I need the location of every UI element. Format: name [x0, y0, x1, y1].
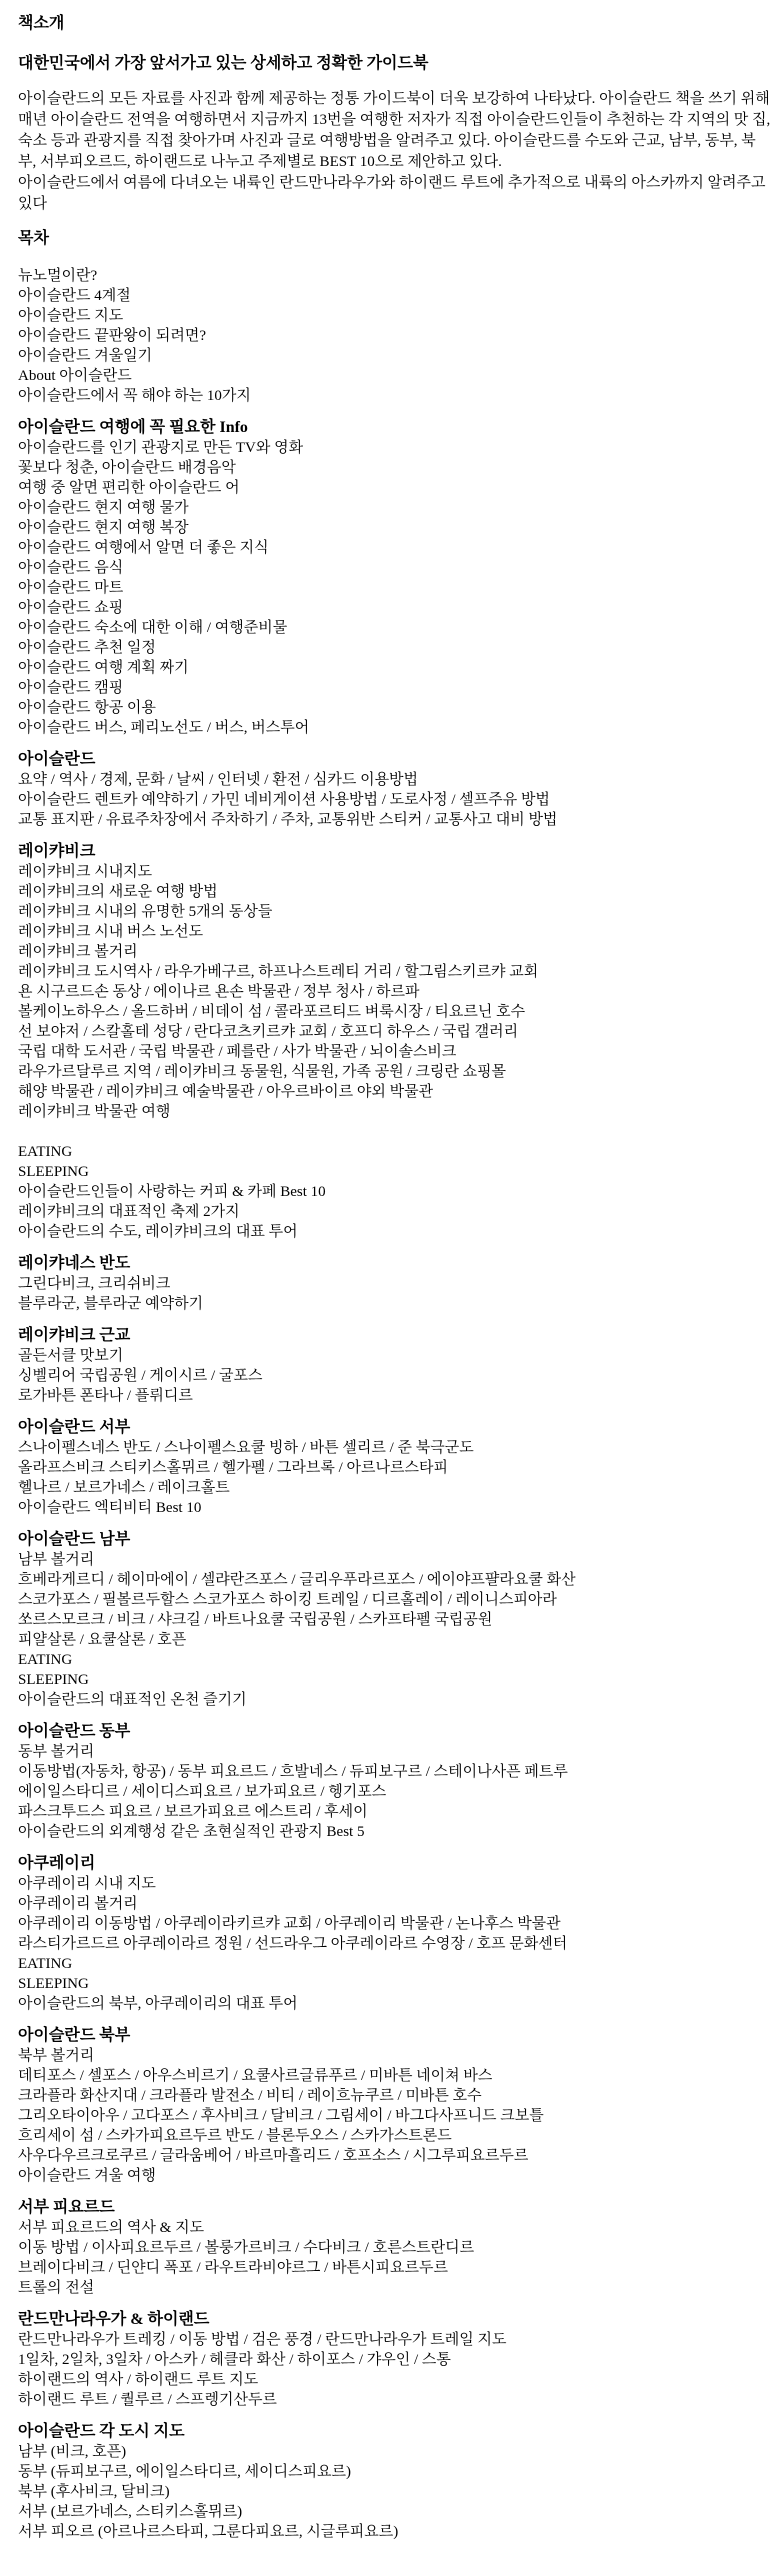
toc-section: 아이슬란드 서부스나이펠스네스 반도 / 스나이펠스요쿨 빙하 / 바튼 셀리르… [18, 1418, 772, 1518]
toc-item: 아이슬란드 음식 [18, 558, 772, 578]
toc-item: 하이랜드의 역사 / 하이랜드 루트 지도 [18, 2370, 772, 2390]
toc-item: 아이슬란드의 외계행성 같은 초현실적인 관광지 Best 5 [18, 1822, 772, 1842]
toc-item: 북부 (후사비크, 달비크) [18, 2482, 772, 2502]
toc-section-title: 서부 피요르드 [18, 2198, 772, 2218]
toc-item: 아이슬란드 버스, 페리노선도 / 버스, 버스투어 [18, 718, 772, 738]
toc-heading: 목차 [18, 229, 772, 249]
toc-section-title: 아이슬란드 여행에 꼭 필요한 Info [18, 418, 772, 438]
toc-item: 아이슬란드를 인기 관광지로 만든 TV와 영화 [18, 438, 772, 458]
toc-item: 레이캬비크 시내지도 [18, 862, 772, 882]
toc-section: 레이캬비크레이캬비크 시내지도레이캬비크의 새로운 여행 방법레이캬비크 시내의… [18, 842, 772, 1242]
toc-item: 아이슬란드 쇼핑 [18, 598, 772, 618]
toc-sections: 뉴노멀이란?아이슬란드 4계절아이슬란드 지도아이슬란드 끝판왕이 되려면?아이… [18, 266, 772, 2542]
toc-item: 북부 볼거리 [18, 2046, 772, 2066]
toc-section: 아이슬란드 각 도시 지도남부 (비크, 호픈)동부 (듀피보구르, 에이일스타… [18, 2422, 772, 2542]
toc-item: 흐베라게르디 / 헤이마에이 / 셀랴란즈포스 / 글리우푸라르포스 / 에이야… [18, 1570, 772, 1590]
toc-item: 라스티가르드르 아쿠레이라르 정원 / 선드라우그 아쿠레이라르 수영장 / 호… [18, 1934, 772, 1954]
toc-item: 아이슬란드 겨울일기 [18, 346, 772, 366]
toc-item: 데티포스 / 셀포스 / 아우스비르기 / 요쿨사르글류푸르 / 미바튼 네이쳐… [18, 2066, 772, 2086]
toc-item: 아쿠레이리 시내 지도 [18, 1874, 772, 1894]
toc-item: 서부 피오르 (아르나르스타피, 그룬다피요르, 시글루피요르) [18, 2522, 772, 2542]
toc-item: 서부 (보르가네스, 스티키스홀뮈르) [18, 2502, 772, 2522]
toc-section-title: 아이슬란드 [18, 750, 772, 770]
toc-item: 선 보야저 / 스칼홀테 성당 / 란다코츠키르캬 교회 / 호프디 하우스 /… [18, 1022, 772, 1042]
toc-item: 레이캬비크 박물관 여행 [18, 1102, 772, 1122]
toc-item: 피얄살론 / 요쿨살론 / 호픈 [18, 1630, 772, 1650]
book-detail-page: 책소개 대한민국에서 가장 앞서가고 있는 상세하고 정확한 가이드북 아이슬란… [0, 0, 780, 2566]
toc-item: 쏘르스모르크 / 비크 / 샤크길 / 바트나요쿨 국립공원 / 스카프타펠 국… [18, 1610, 772, 1630]
toc-section-title: 아쿠레이리 [18, 1854, 772, 1874]
toc-item: 에이일스타디르 / 세이디스피요르 / 보가피요르 / 헹기포스 [18, 1782, 772, 1802]
toc-item: 아이슬란드인들이 사랑하는 커피 & 카페 Best 10 [18, 1182, 772, 1202]
toc-item: 그린다비크, 크리쉬비크 [18, 1274, 772, 1294]
toc-section: 서부 피요르드서부 피요르드의 역사 & 지도이동 방법 / 이사피요르두르 /… [18, 2198, 772, 2298]
toc-item: 요약 / 역사 / 경제, 문화 / 날씨 / 인터넷 / 환전 / 심카드 이… [18, 770, 772, 790]
toc-item: 동부 볼거리 [18, 1742, 772, 1762]
toc-item: 아이슬란드의 북부, 아쿠레이리의 대표 투어 [18, 1994, 772, 2014]
toc-item: 아이슬란드의 대표적인 온천 즐기기 [18, 1690, 772, 1710]
toc-item: 아이슬란드 현지 여행 복장 [18, 518, 772, 538]
toc-item: 파스크투드스 피요르 / 보르가피요르 에스트리 / 후세이 [18, 1802, 772, 1822]
toc-item: 아이슬란드 숙소에 대한 이해 / 여행준비물 [18, 618, 772, 638]
toc-item: 스나이펠스네스 반도 / 스나이펠스요쿨 빙하 / 바튼 셀리르 / 준 북극군… [18, 1438, 772, 1458]
toc-section: 아쿠레이리아쿠레이리 시내 지도아쿠레이리 볼거리아쿠레이리 이동방법 / 아쿠… [18, 1854, 772, 2014]
toc-item: 레이캬비크 시내 버스 노선도 [18, 922, 772, 942]
toc-item: 헬나르 / 보르가네스 / 레이크홀트 [18, 1478, 772, 1498]
toc-item: 아이슬란드 여행에서 알면 더 좋은 지식 [18, 538, 772, 558]
toc-item: 이동방법(자동차, 항공) / 동부 피요르드 / 흐발네스 / 듀피보구르 /… [18, 1762, 772, 1782]
toc-item: About 아이슬란드 [18, 366, 772, 386]
toc-item: 레이캬비크의 대표적인 축제 2가지 [18, 1202, 772, 1222]
toc-item: 레이캬비크 볼거리 [18, 942, 772, 962]
toc-item: 아이슬란드 4계절 [18, 286, 772, 306]
toc-item: 아이슬란드 렌트카 예약하기 / 가민 네비게이션 사용방법 / 도로사정 / … [18, 790, 772, 810]
toc-item: 트롤의 전설 [18, 2278, 772, 2298]
toc-item: 남부 (비크, 호픈) [18, 2442, 772, 2462]
toc-item: 아쿠레이리 이동방법 / 아쿠레이라키르캬 교회 / 아쿠레이리 박물관 / 논… [18, 1914, 772, 1934]
toc-item: 욘 시구르드손 동상 / 에이나르 욘손 박물관 / 정부 청사 / 하르파 [18, 982, 772, 1002]
toc-item: 여행 중 알면 편리한 아이슬란드 어 [18, 478, 772, 498]
toc-section-title: 레이캬네스 반도 [18, 1254, 772, 1274]
toc-item: 동부 (듀피보구르, 에이일스타디르, 세이디스피요르) [18, 2462, 772, 2482]
toc-section: 레이캬비크 근교골든서클 맛보기싱벨리어 국립공원 / 게이시르 / 굴포스로가… [18, 1326, 772, 1406]
toc-item: 아이슬란드의 수도, 레이캬비크의 대표 투어 [18, 1222, 772, 1242]
toc-item: 크라플라 화산지대 / 크라플라 발전소 / 비티 / 레이흐뉴쿠르 / 미바튼… [18, 2086, 772, 2106]
toc-item: 아이슬란드 캠핑 [18, 678, 772, 698]
toc-section-title: 아이슬란드 각 도시 지도 [18, 2422, 772, 2442]
toc-item: 란드만나라우가 트레킹 / 이동 방법 / 검은 풍경 / 란드만나라우가 트레… [18, 2330, 772, 2350]
toc-item: EATING [18, 1650, 772, 1670]
toc-blank-line [18, 1122, 772, 1142]
toc-section: 아이슬란드 여행에 꼭 필요한 Info아이슬란드를 인기 관광지로 만든 TV… [18, 418, 772, 738]
toc-item: SLEEPING [18, 1670, 772, 1690]
toc-item: 뉴노멀이란? [18, 266, 772, 286]
toc-item: 아이슬란드 추천 일정 [18, 638, 772, 658]
toc-item: 국립 대학 도서관 / 국립 박물관 / 페를란 / 사가 박물관 / 뇌이솔스… [18, 1042, 772, 1062]
toc-item: 아이슬란드 여행 계획 짜기 [18, 658, 772, 678]
toc-item: 남부 볼거리 [18, 1550, 772, 1570]
toc-item: 라우가르달루르 지역 / 레이캬비크 동물원, 식물원, 가족 공원 / 크링란… [18, 1062, 772, 1082]
toc-item: 레이캬비크 도시역사 / 라우가베구르, 하프나스트레티 거리 / 할그림스키르… [18, 962, 772, 982]
toc-item: 올라프스비크 스티키스홀뮈르 / 헬가펠 / 그라브록 / 아르나르스타피 [18, 1458, 772, 1478]
toc-item: 레이캬비크의 새로운 여행 방법 [18, 882, 772, 902]
toc-section: 아이슬란드요약 / 역사 / 경제, 문화 / 날씨 / 인터넷 / 환전 / … [18, 750, 772, 830]
toc-item: 볼케이노하우스 / 올드하버 / 비데이 섬 / 콜라포르티드 벼룩시장 / 티… [18, 1002, 772, 1022]
book-intro-paragraph-2: 아이슬란드에서 여름에 다녀오는 내륙인 란드만나라우가와 하이랜드 루트에 추… [18, 173, 772, 215]
toc-item: 아이슬란드 겨울 여행 [18, 2166, 772, 2186]
toc-section: 란드만나라우가 & 하이랜드란드만나라우가 트레킹 / 이동 방법 / 검은 풍… [18, 2310, 772, 2410]
toc-item: 레이캬비크 시내의 유명한 5개의 동상들 [18, 902, 772, 922]
toc-section-title: 아이슬란드 남부 [18, 1530, 772, 1550]
toc-section-title: 란드만나라우가 & 하이랜드 [18, 2310, 772, 2330]
toc-section: 아이슬란드 북부북부 볼거리데티포스 / 셀포스 / 아우스비르기 / 요쿨사르… [18, 2026, 772, 2186]
toc-item: SLEEPING [18, 1162, 772, 1182]
toc-item: SLEEPING [18, 1974, 772, 1994]
toc-item: 사우다우르크로쿠르 / 글라움베어 / 바르마흘리드 / 호프소스 / 시그루피… [18, 2146, 772, 2166]
toc-item: 아이슬란드 현지 여행 물가 [18, 498, 772, 518]
toc-item: EATING [18, 1142, 772, 1162]
toc-item: 아이슬란드 끝판왕이 되려면? [18, 326, 772, 346]
toc-item: 아이슬란드 지도 [18, 306, 772, 326]
toc-item: 로가바튼 폰타나 / 플뤼디르 [18, 1386, 772, 1406]
toc-item: 서부 피요르드의 역사 & 지도 [18, 2218, 772, 2238]
toc-item: 골든서클 맛보기 [18, 1346, 772, 1366]
toc-item: 그리오타이아우 / 고다포스 / 후사비크 / 달비크 / 그림세이 / 바그다… [18, 2106, 772, 2126]
toc-item: 하이랜드 루트 / 퀄루르 / 스프렝기산두르 [18, 2390, 772, 2410]
book-intro-paragraph-1: 아이슬란드의 모든 자료를 사진과 함께 제공하는 정통 가이드북이 더욱 보강… [18, 89, 772, 173]
toc-section-title: 레이캬비크 근교 [18, 1326, 772, 1346]
toc-item: 흐리세이 섬 / 스카가피요르두르 반도 / 블론두오스 / 스카가스트론드 [18, 2126, 772, 2146]
book-intro-subtitle: 대한민국에서 가장 앞서가고 있는 상세하고 정확한 가이드북 [18, 54, 772, 74]
toc-item: 싱벨리어 국립공원 / 게이시르 / 굴포스 [18, 1366, 772, 1386]
toc-item: 이동 방법 / 이사피요르두르 / 볼룽가르비크 / 수다비크 / 호른스트란디… [18, 2238, 772, 2258]
toc-item: 아이슬란드에서 꼭 해야 하는 10가지 [18, 386, 772, 406]
toc-item: 브레이다비크 / 딘얀디 폭포 / 라우트라비야르그 / 바튼시피요르두르 [18, 2258, 772, 2278]
toc-item: 교통 표지판 / 유료주차장에서 주차하기 / 주차, 교통위반 스티커 / 교… [18, 810, 772, 830]
toc-item: 아이슬란드 마트 [18, 578, 772, 598]
book-intro-heading: 책소개 [18, 14, 772, 34]
toc-section-title: 아이슬란드 북부 [18, 2026, 772, 2046]
toc-item: 꽃보다 청춘, 아이슬란드 배경음악 [18, 458, 772, 478]
toc-item: 해양 박물관 / 레이캬비크 예술박물관 / 아우르바이르 야외 박물관 [18, 1082, 772, 1102]
toc-section: 아이슬란드 동부동부 볼거리이동방법(자동차, 항공) / 동부 피요르드 / … [18, 1722, 772, 1842]
toc-item: 블루라군, 블루라군 예약하기 [18, 1294, 772, 1314]
toc-section: 아이슬란드 남부남부 볼거리흐베라게르디 / 헤이마에이 / 셀랴란즈포스 / … [18, 1530, 772, 1710]
toc-item: 아이슬란드 엑티비티 Best 10 [18, 1498, 772, 1518]
toc-section-title: 레이캬비크 [18, 842, 772, 862]
toc-item: 아쿠레이리 볼거리 [18, 1894, 772, 1914]
toc-item: 아이슬란드 항공 이용 [18, 698, 772, 718]
toc-item: 1일차, 2일차, 3일차 / 아스카 / 헤클라 화산 / 하이포스 / 갸우… [18, 2350, 772, 2370]
toc-section: 뉴노멀이란?아이슬란드 4계절아이슬란드 지도아이슬란드 끝판왕이 되려면?아이… [18, 266, 772, 406]
toc-section-title: 아이슬란드 동부 [18, 1722, 772, 1742]
toc-item: 스코가포스 / 필볼르두할스 스코가포스 하이킹 트레일 / 디르홀레이 / 레… [18, 1590, 772, 1610]
toc-item: EATING [18, 1954, 772, 1974]
toc-section-title: 아이슬란드 서부 [18, 1418, 772, 1438]
toc-section: 레이캬네스 반도그린다비크, 크리쉬비크블루라군, 블루라군 예약하기 [18, 1254, 772, 1314]
